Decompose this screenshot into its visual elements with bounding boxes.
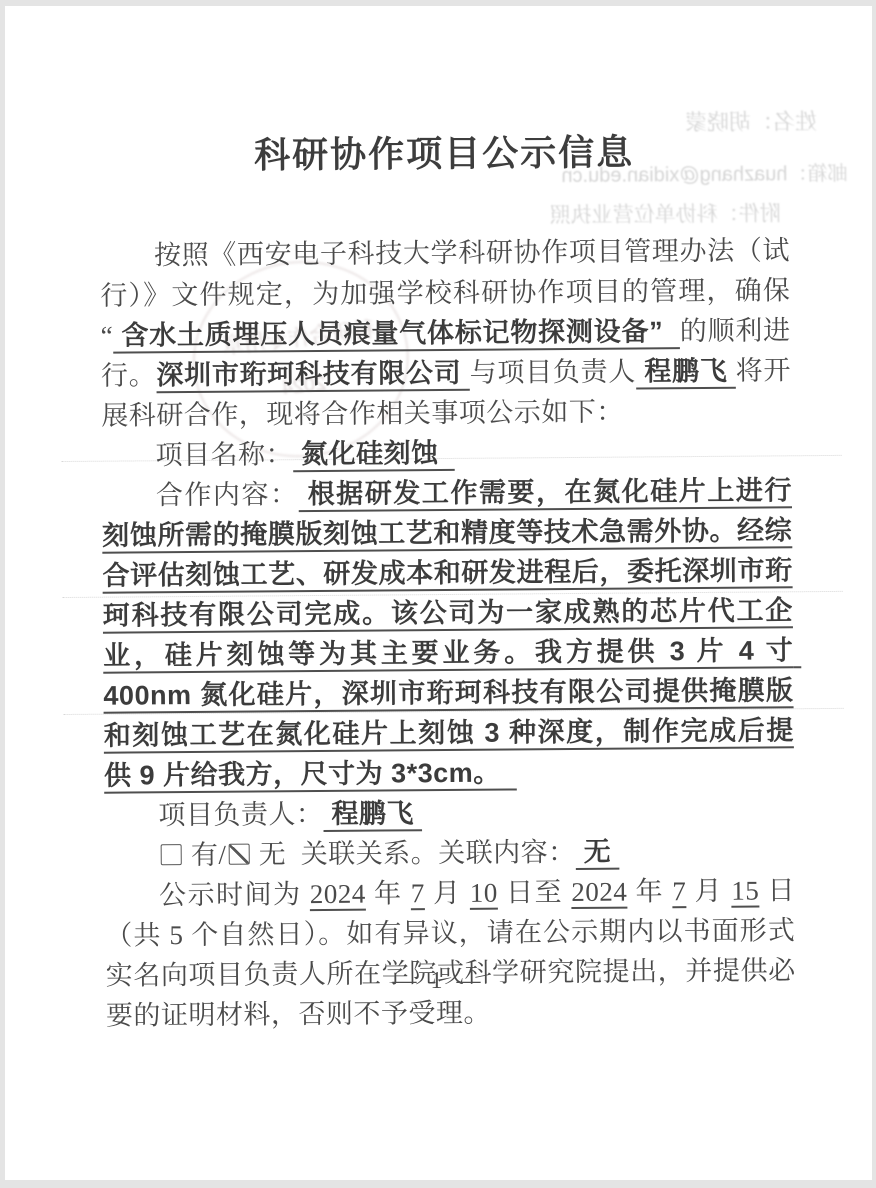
document-body: 按照《西安电子科技大学科研协作项目管理办法（试行）》文件规定，为加强学校科研协作… (100, 230, 796, 1035)
text-run-plain: 年 (627, 876, 672, 906)
text-run-numfill: 2024 (571, 877, 627, 907)
text-run-numfill: 7 (672, 876, 686, 906)
text-run-fill: 根据研发工作需要，在氮化硅片上进行刻蚀所需的掩膜版刻蚀工艺和精度等技术急需外协。… (102, 475, 801, 790)
page-number: — 1 — (5, 968, 872, 995)
text-run-numfill: 10 (470, 878, 498, 908)
bleedthrough-text-line: 附件：科协单位营业执照 (550, 197, 781, 229)
text-run-fill: 氮化硅刻蚀 (293, 438, 455, 469)
text-run-plain: 项目名称： (155, 439, 293, 470)
scanned-document-page: { "colors": { "paper": "#ffffff", "ink":… (0, 0, 876, 1188)
checkbox-empty-icon (161, 844, 182, 865)
relationship-line: 有/ 无 关联关系。关联内容： 无 (105, 830, 795, 875)
intro-paragraph: 按照《西安电子科技大学科研协作项目管理办法（试行）》文件规定，为加强学校科研协作… (100, 230, 792, 435)
text-run-plain: 公示时间为 (159, 879, 310, 910)
text-run-plain: 无 关联关系。关联内容： (251, 837, 575, 870)
text-run-fill: 深圳市珩珂科技有限公司 (156, 358, 469, 390)
cooperation-content-paragraph: 合作内容： 根据研发工作需要，在氮化硅片上进行刻蚀所需的掩膜版刻蚀工艺和精度等技… (102, 470, 794, 795)
project-leader-line: 项目负责人： 程鹏飞 (104, 790, 794, 835)
text-run-numfill: 7 (411, 878, 425, 908)
text-run-numfill: 2024 (310, 879, 366, 909)
text-run-fill: 无 (576, 837, 620, 867)
text-run-fill: 含水土质埋压人员痕量气体标记物探测设备” (113, 316, 680, 350)
publicity-period-paragraph: 公示时间为 2024 年 7 月 10 日至 2024 年 7 月 15 日（共… (105, 870, 796, 1035)
text-run-plain: 月 (686, 876, 731, 906)
text-run-fill: 程鹏飞 (636, 356, 736, 387)
text-run-plain: 月 (425, 878, 470, 908)
paper-sheet: 姓名：胡晓蒙 邮箱：huazhang@xidian.edu.cn 附件：科协单位… (5, 6, 872, 1180)
text-run-fill: 程鹏飞 (323, 798, 422, 829)
text-run-plain: 合作内容： (156, 479, 299, 510)
checkbox-checked-icon (228, 844, 249, 865)
text-run-plain: 有/ (184, 840, 227, 870)
text-run-numfill: 15 (731, 876, 759, 906)
page-content: 姓名：胡晓蒙 邮箱：huazhang@xidian.edu.cn 附件：科协单位… (99, 123, 796, 1035)
text-run-plain: 项目负责人： (158, 799, 323, 830)
project-name-line: 项目名称： 氮化硅刻蚀 (101, 430, 791, 475)
text-run-plain: 年 (366, 878, 411, 908)
text-run-plain: 日至 (498, 877, 572, 908)
text-run-plain: 与项目负责人 (470, 356, 637, 387)
document-title: 科研协作项目公示信息 (99, 123, 789, 179)
